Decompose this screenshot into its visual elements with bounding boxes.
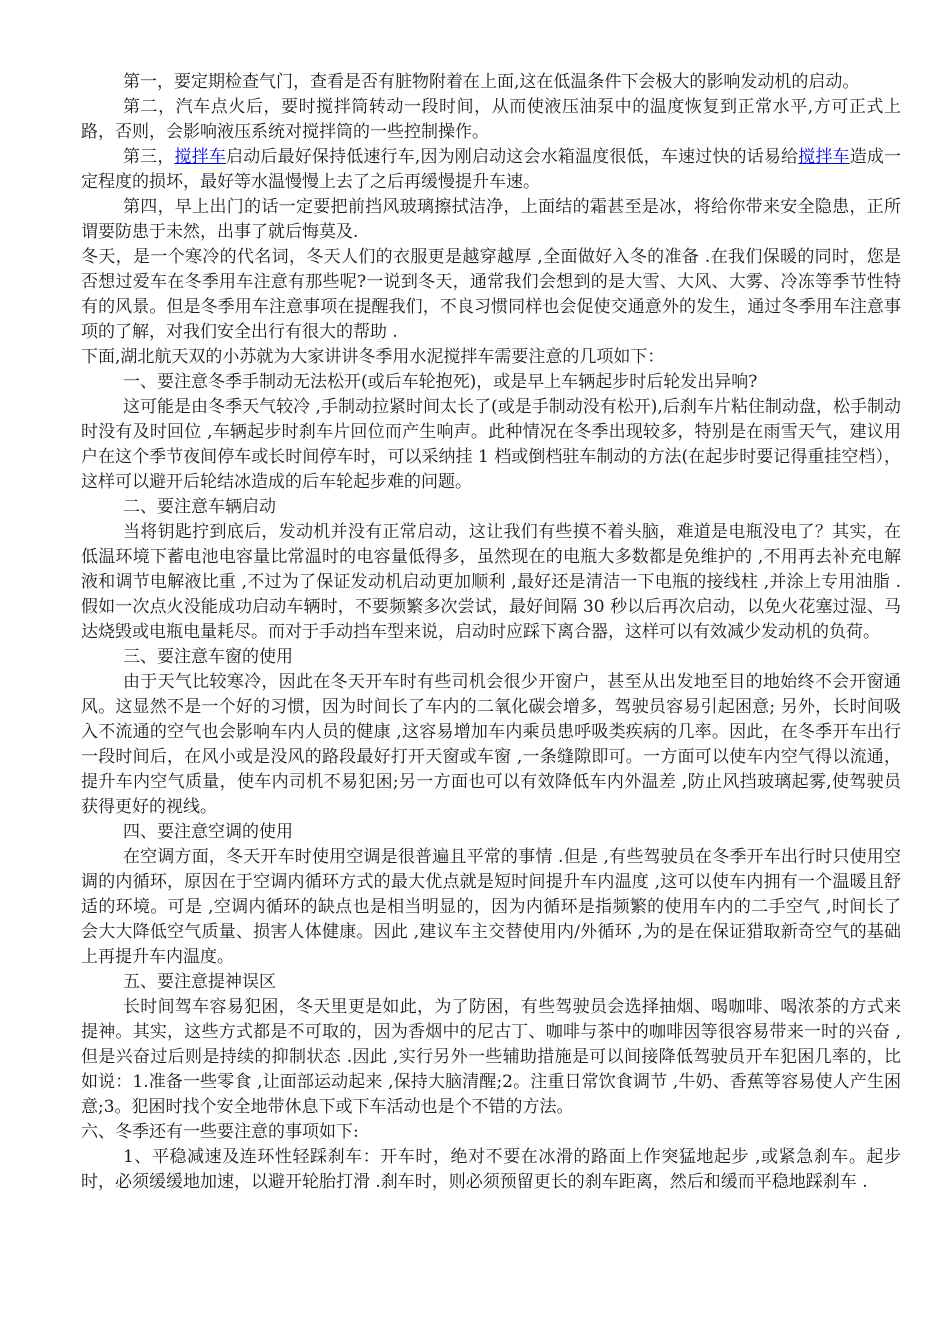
paragraph: 三、要注意车窗的使用 [81, 645, 901, 670]
text-run: 五、要注意提神误区 [123, 972, 276, 992]
text-run: 六、冬季还有一些要注意的事项如下: [81, 1122, 359, 1142]
text-run: 四、要注意空调的使用 [123, 822, 293, 842]
paragraph: 五、要注意提神误区 [81, 970, 901, 995]
text-run: 当将钥匙拧到底后，发动机并没有正常启动，这让我们有些摸不着头脑，难道是电瓶没电了… [81, 522, 901, 642]
paragraph: 1、平稳减速及连环性轻踩刹车：开车时，绝对不要在冰滑的路面上作突猛地起步 ,或紧… [81, 1145, 901, 1195]
text-run: 长时间驾车容易犯困，冬天里更是如此，为了防困，有些驾驶员会选择抽烟、喝咖啡、喝浓… [81, 997, 901, 1117]
document-page: 第一，要定期检查气门，查看是否有脏物附着在上面,这在低温条件下会极大的影响发动机… [0, 0, 950, 1344]
text-run: 启动后最好保持低速行车,因为刚启动这会水箱温度很低，车速过快的话易给 [226, 147, 798, 167]
paragraph: 四、要注意空调的使用 [81, 820, 901, 845]
paragraph: 第一，要定期检查气门，查看是否有脏物附着在上面,这在低温条件下会极大的影响发动机… [81, 70, 901, 95]
paragraph: 冬天，是一个寒冷的代名词，冬天人们的衣服更是越穿越厚 ,全面做好入冬的准备 .在… [81, 245, 901, 345]
paragraph: 第三，搅拌车启动后最好保持低速行车,因为刚启动这会水箱温度很低，车速过快的话易给… [81, 145, 901, 195]
paragraph: 这可能是由冬季天气较冷 ,手制动拉紧时间太长了(或是手制动没有松开),后刹车片粘… [81, 395, 901, 495]
document-body: 第一，要定期检查气门，查看是否有脏物附着在上面,这在低温条件下会极大的影响发动机… [81, 70, 901, 1195]
paragraph: 第四，早上出门的话一定要把前挡风玻璃擦拭洁净，上面结的霜甚至是冰，将给你带来安全… [81, 195, 901, 245]
paragraph: 六、冬季还有一些要注意的事项如下: [81, 1120, 901, 1145]
text-run: 一、要注意冬季手制动无法松开(或后车轮抱死)，或是早上车辆起步时后轮发出异响? [123, 372, 757, 392]
text-run: 这可能是由冬季天气较冷 ,手制动拉紧时间太长了(或是手制动没有松开),后刹车片粘… [81, 397, 901, 492]
paragraph: 一、要注意冬季手制动无法松开(或后车轮抱死)，或是早上车辆起步时后轮发出异响? [81, 370, 901, 395]
text-run: 第三， [123, 147, 175, 167]
text-run: 冬天，是一个寒冷的代名词，冬天人们的衣服更是越穿越厚 ,全面做好入冬的准备 .在… [81, 247, 901, 342]
text-run: 下面,湖北航天双的小苏就为大家讲讲冬季用水泥搅拌车需要注意的几项如下： [81, 347, 664, 367]
text-run: 在空调方面，冬天开车时使用空调是很普遍且平常的事情 .但是 ,有些驾驶员在冬季开… [81, 847, 901, 967]
text-run: 第一，要定期检查气门，查看是否有脏物附着在上面,这在低温条件下会极大的影响发动机… [123, 72, 859, 92]
paragraph: 长时间驾车容易犯困，冬天里更是如此，为了防困，有些驾驶员会选择抽烟、喝咖啡、喝浓… [81, 995, 901, 1120]
paragraph: 下面,湖北航天双的小苏就为大家讲讲冬季用水泥搅拌车需要注意的几项如下： [81, 345, 901, 370]
text-run: 第四，早上出门的话一定要把前挡风玻璃擦拭洁净，上面结的霜甚至是冰，将给你带来安全… [81, 197, 901, 242]
text-run: 由于天气比较寒冷，因此在冬天开车时有些司机会很少开窗户，甚至从出发地至目的地始终… [81, 672, 901, 817]
paragraph: 二、要注意车辆启动 [81, 495, 901, 520]
paragraph: 第二，汽车点火后，要时搅拌筒转动一段时间，从而使液压油泵中的温度恢复到正常水平,… [81, 95, 901, 145]
paragraph: 当将钥匙拧到底后，发动机并没有正常启动，这让我们有些摸不着头脑，难道是电瓶没电了… [81, 520, 901, 645]
paragraph: 由于天气比较寒冷，因此在冬天开车时有些司机会很少开窗户，甚至从出发地至目的地始终… [81, 670, 901, 820]
link-jiaobanche[interactable]: 搅拌车 [798, 147, 850, 167]
paragraph: 在空调方面，冬天开车时使用空调是很普遍且平常的事情 .但是 ,有些驾驶员在冬季开… [81, 845, 901, 970]
text-run: 第二，汽车点火后，要时搅拌筒转动一段时间，从而使液压油泵中的温度恢复到正常水平,… [81, 97, 901, 142]
text-run: 1、平稳减速及连环性轻踩刹车：开车时，绝对不要在冰滑的路面上作突猛地起步 ,或紧… [81, 1147, 901, 1192]
link-jiaobanche[interactable]: 搅拌车 [175, 147, 227, 167]
text-run: 二、要注意车辆启动 [123, 497, 276, 517]
text-run: 三、要注意车窗的使用 [123, 647, 293, 667]
